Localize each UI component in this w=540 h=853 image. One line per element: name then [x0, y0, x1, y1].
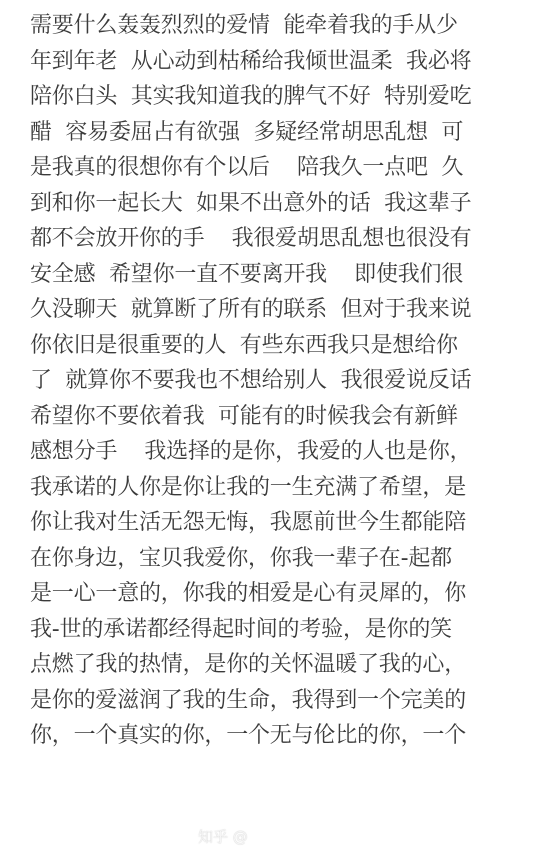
text-line: 年到年老 从心动到枯稀给我倾世温柔 我必将	[30, 44, 530, 80]
text-line: 需要什么轰轰烈烈的爱情 能牵着我的手从少	[30, 8, 530, 44]
text-line: 醋 容易委屈占有欲强 多疑经常胡思乱想 可	[30, 115, 530, 151]
text-line: 在你身边，宝贝我爱你，你我一辈子在-起都	[30, 541, 530, 577]
text-line: 了 就算你不要我也不想给别人 我很爱说反话	[30, 363, 530, 399]
text-line: 陪你白头 其实我知道我的脾气不好 特别爱吃	[30, 79, 530, 115]
text-line: 点燃了我的热情，是你的关怀温暖了我的心，	[30, 647, 530, 683]
document-body: 需要什么轰轰烈烈的爱情 能牵着我的手从少 年到年老 从心动到枯稀给我倾世温柔 我…	[30, 8, 530, 754]
text-line: 你让我对生活无怨无悔，我愿前世今生都能陪	[30, 505, 530, 541]
text-line: 我承诺的人你是你让我的一生充满了希望，是	[30, 470, 530, 506]
text-line: 到和你一起长大 如果不出意外的话 我这辈子	[30, 186, 530, 222]
text-line: 都不会放开你的手 我很爱胡思乱想也很没有	[30, 221, 530, 257]
text-line: 我-世的承诺都经得起时间的考验，是你的笑	[30, 612, 530, 648]
text-line: 是你的爱滋润了我的生命，我得到一个完美的	[30, 683, 530, 719]
text-line: 是我真的很想你有个以后 陪我久一点吧 久	[30, 150, 530, 186]
text-line: 你依旧是很重要的人 有些东西我只是想给你	[30, 328, 530, 364]
text-line: 希望你不要依着我 可能有的时候我会有新鲜	[30, 399, 530, 435]
text-line: 是一心一意的，你我的相爱是心有灵犀的，你	[30, 576, 530, 612]
text-line: 安全感 希望你一直不要离开我 即使我们很	[30, 257, 530, 293]
watermark: 知乎 @	[198, 826, 248, 847]
text-line: 久没聊天 就算断了所有的联系 但对于我来说	[30, 292, 530, 328]
text-line: 你，一个真实的你，一个无与伦比的你，一个	[30, 718, 530, 754]
text-line: 感想分手 我选择的是你，我爱的人也是你，	[30, 434, 530, 470]
